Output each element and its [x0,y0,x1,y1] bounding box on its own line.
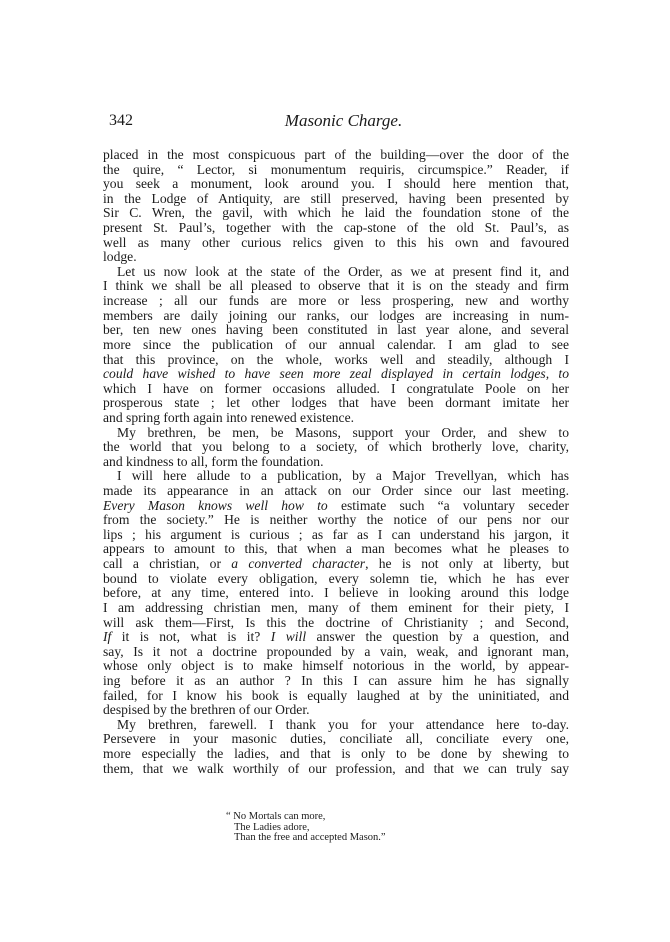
text-line: placed in the most conspicuous part of t… [103,148,569,163]
text-line: My brethren, be men, be Masons, support … [103,426,569,441]
italic-phrase: I will [271,629,306,644]
text-line: If it is not, what is it? I will answer … [103,630,569,645]
running-head: 342 Masonic Charge. [103,110,568,132]
text-line: lodge. [103,250,569,265]
text-run: , he is not only at liberty, but [365,556,569,571]
verse-quotation: “ No Mortals can more, The Ladies adore,… [226,812,386,844]
text-line: ber, ten new ones having been constitute… [103,323,569,338]
text-line: before, at any time, entered into. I bel… [103,586,569,601]
text-line: whose only object is to make himself not… [103,659,569,674]
text-line: from the society.” He is neither worthy … [103,513,569,528]
document-page: 342 Masonic Charge. placed in the most c… [0,0,670,942]
text-line: more since the publication of our annual… [103,338,569,353]
text-line: despised by the brethren of our Order. [103,703,569,718]
text-run: answer the question by a question, and [306,629,569,644]
verse-line: “ No Mortals can more, [226,812,386,823]
text-line: Let us now look at the state of the Orde… [103,265,569,280]
text-line: I am addressing christian men, many of t… [103,601,569,616]
text-line: well as many other curious relics given … [103,236,569,251]
text-line: that this province, on the whole, works … [103,353,569,368]
text-line: ing before it as an author ? In this I c… [103,674,569,689]
text-line: say, Is it not a doctrine propounded by … [103,645,569,660]
text-line: I will here allude to a publication, by … [103,469,569,484]
text-line: Persevere in your masonic duties, concil… [103,732,569,747]
text-line: members are daily joining our ranks, our… [103,309,569,324]
text-line: increase ; all our funds are more or les… [103,294,569,309]
text-line: more especially the ladies, and that is … [103,747,569,762]
text-line: and kindness to all, form the foundation… [103,455,569,470]
text-line: lips ; his argument is curious ; as far … [103,528,569,543]
text-line: I think we shall be all pleased to obser… [103,279,569,294]
text-line: Sir C. Wren, the gavil, with which he la… [103,206,569,221]
text-line: prosperous state ; let other lodges that… [103,396,569,411]
text-run: call a christian, or [103,556,231,571]
text-line: failed, for I know his book is equally l… [103,689,569,704]
text-run: estimate such “a voluntary seceder [328,498,569,513]
body-text: placed in the most conspicuous part of t… [103,148,569,776]
text-line-italic: could have wished to have seen more zeal… [103,367,569,382]
italic-phrase: a converted character [231,556,365,571]
text-line: will ask them—First, Is this the doctrin… [103,616,569,631]
text-line: appears to amount to this, that when a m… [103,542,569,557]
verse-line: Than the free and accepted Mason.” [226,833,386,844]
text-line: My brethren, farewell. I thank you for y… [103,718,569,733]
text-run: it is not, what is it? [111,629,270,644]
text-line: bound to violate every obligation, every… [103,572,569,587]
text-line: the quire, “ Lector, si monumentum requi… [103,163,569,178]
text-line: made its appearance in an attack on our … [103,484,569,499]
text-line: the world that you belong to a society, … [103,440,569,455]
text-line: Every Mason knows well how to estimate s… [103,499,569,514]
text-line: and spring forth again into renewed exis… [103,411,569,426]
text-line: in the Lodge of Antiquity, are still pre… [103,192,569,207]
text-line: present St. Paul’s, together with the ca… [103,221,569,236]
text-line: you seek a monument, look around you. I … [103,177,569,192]
text-line: call a christian, or a converted charact… [103,557,569,572]
running-title: Masonic Charge. [103,110,568,132]
italic-phrase: Every Mason knows well how to [103,498,328,513]
text-line: them, that we walk worthily of our profe… [103,762,569,777]
text-line: which I have on former occasions alluded… [103,382,569,397]
